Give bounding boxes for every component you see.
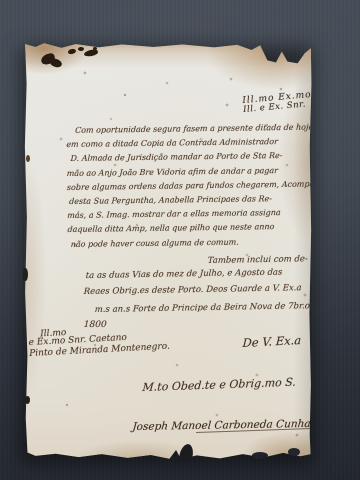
bottom-edge-shadow-mark bbox=[288, 448, 300, 456]
manuscript-page: Ill.mo Ex.mo Ill. e Ex. Snr. Com oportun… bbox=[24, 42, 312, 460]
ink-blot bbox=[93, 47, 97, 50]
photo-of-manuscript: Ill.mo Ex.mo Ill. e Ex. Snr. Com oportun… bbox=[0, 0, 360, 480]
foxing-speckles bbox=[24, 42, 26, 44]
left-edge-tear-mark bbox=[23, 268, 28, 281]
left-edge-stain-mark bbox=[26, 155, 30, 162]
ink-blot bbox=[78, 47, 84, 51]
body-line: não pode haver cousa alguma de comum. bbox=[67, 234, 316, 252]
body-paragraph: Com oportunidade segura fasem a presente… bbox=[66, 121, 316, 252]
second-paragraph-line: Tambem inclui com de- bbox=[207, 254, 308, 266]
left-edge-tear-mark bbox=[25, 396, 30, 404]
bottom-edge-shadow-mark bbox=[252, 452, 268, 459]
